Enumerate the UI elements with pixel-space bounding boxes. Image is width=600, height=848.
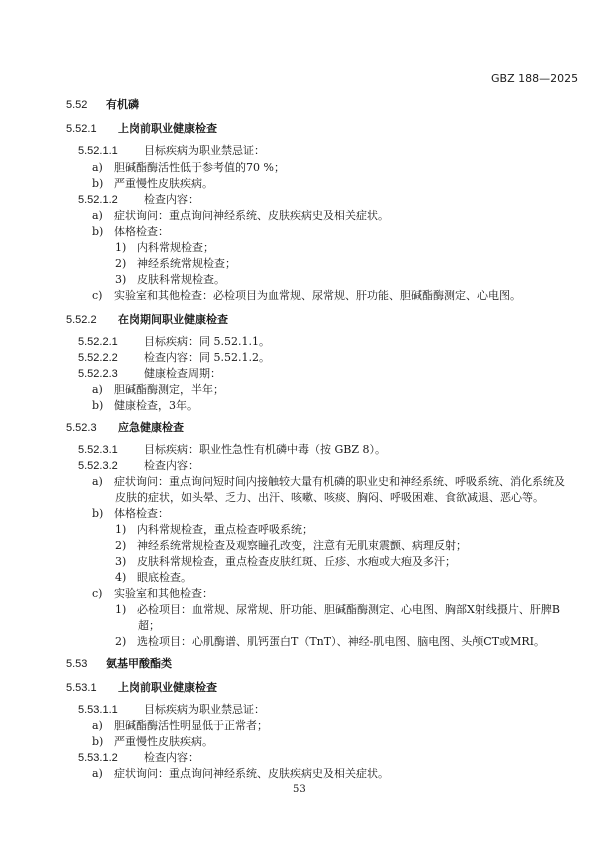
item-text: 皮肤科常规检查。: [137, 273, 225, 286]
section-number: 5.52: [66, 98, 106, 112]
item-text: 必检项目：血常规、尿常规、肝功能、胆碱酯酶测定、心电图、胸部X射线摄片、肝脾B: [137, 603, 560, 616]
item-text: 胆碱酯酶活性明显低于正常者；: [114, 719, 268, 732]
section-title: 在岗期间职业健康检查: [118, 313, 228, 326]
clause-number: 5.52.2.2: [78, 351, 144, 365]
numbered-item: 2)神经系统常规检查及观察瞳孔改变，注意有无肌束震颤、病理反射；: [115, 539, 467, 553]
item-text: 实验室和其他检查：: [114, 587, 213, 600]
numbered-item: 1)内科常规检查；: [115, 241, 214, 255]
item-label: a): [92, 475, 114, 489]
clause-number: 5.52.3.1: [78, 443, 144, 457]
item-text: 皮肤科常规检查，重点检查皮肤红斑、丘疹、水疱或大疱及多汗；: [137, 555, 456, 568]
list-item: b)健康检查，3年。: [92, 399, 198, 413]
list-item: a)胆碱酯酶测定，半年；: [92, 383, 224, 397]
item-label: 1): [115, 241, 137, 255]
clause-text: 检查内容：: [144, 751, 199, 764]
subsection-heading: 5.52.2在岗期间职业健康检查: [66, 313, 228, 327]
list-item: a)症状询问：重点询问神经系统、皮肤疾病史及相关症状。: [92, 767, 389, 781]
section-number: 5.52.3: [66, 421, 118, 435]
item-label: b): [92, 177, 114, 191]
item-label: a): [92, 383, 114, 397]
item-text: 症状询问：重点询问神经系统、皮肤疾病史及相关症状。: [114, 209, 389, 222]
numbered-item: 1)必检项目：血常规、尿常规、肝功能、胆碱酯酶测定、心电图、胸部X射线摄片、肝脾…: [115, 603, 560, 617]
clause-text: 目标疾病：职业性急性有机磷中毒（按 GBZ 8）。: [144, 443, 386, 456]
section-title: 上岗前职业健康检查: [118, 122, 217, 135]
item-text: 严重慢性皮肤疾病。: [114, 735, 213, 748]
item-label: 1): [115, 523, 137, 537]
item-text: 神经系统常规检查；: [137, 257, 236, 270]
clause-number: 5.52.2.3: [78, 367, 144, 381]
clause-number: 5.53.1.2: [78, 751, 144, 765]
clause: 5.52.1.1目标疾病为职业禁忌证：: [78, 144, 265, 158]
item-text: 体格检查：: [114, 507, 169, 520]
clause: 5.52.3.2检查内容：: [78, 459, 199, 473]
list-item: b)严重慢性皮肤疾病。: [92, 177, 213, 191]
doc-code-header: GBZ 188—2025: [491, 72, 578, 86]
item-text: 胆碱酯酶测定，半年；: [114, 383, 224, 396]
list-item: a)症状询问：重点询问短时间内接触较大量有机磷的职业史和神经系统、呼吸系统、消化…: [92, 475, 565, 489]
numbered-item: 超；: [138, 619, 160, 633]
subsection-heading: 5.52.1上岗前职业健康检查: [66, 122, 217, 136]
item-label: a): [92, 209, 114, 223]
item-text: 内科常规检查；: [137, 241, 214, 254]
clause-text: 健康检查周期：: [144, 367, 221, 380]
clause-text: 检查内容：: [144, 459, 199, 472]
item-text: 超；: [138, 619, 160, 632]
numbered-item: 2)神经系统常规检查；: [115, 257, 236, 271]
clause-text: 目标疾病为职业禁忌证：: [144, 144, 265, 157]
clause: 5.53.1.2检查内容：: [78, 751, 199, 765]
item-text: 胆碱酯酶活性低于参考值的70 %；: [114, 161, 285, 174]
section-number: 5.53.1: [66, 681, 118, 695]
list-item: a)胆碱酯酶活性低于参考值的70 %；: [92, 161, 285, 175]
clause-number: 5.52.1.1: [78, 144, 144, 158]
list-item: c)实验室和其他检查：: [92, 587, 213, 601]
numbered-item: 3)皮肤科常规检查。: [115, 273, 225, 287]
item-label: b): [92, 507, 114, 521]
clause-number: 5.53.1.1: [78, 703, 144, 717]
item-text: 内科常规检查，重点检查呼吸系统；: [137, 523, 313, 536]
list-item: 皮肤的症状，如头晕、乏力、出汗、咳嗽、咳痰、胸闷、呼吸困难、食欲减退、恶心等。: [115, 491, 544, 505]
section-number: 5.52.2: [66, 313, 118, 327]
item-label: 1): [115, 603, 137, 617]
item-text: 神经系统常规检查及观察瞳孔改变，注意有无肌束震颤、病理反射；: [137, 539, 467, 552]
section-number: 5.52.1: [66, 122, 118, 136]
list-item: a)胆碱酯酶活性明显低于正常者；: [92, 719, 268, 733]
item-label: a): [92, 719, 114, 733]
clause-number: 5.52.1.2: [78, 193, 144, 207]
section-heading: 5.53氨基甲酸酯类: [66, 657, 172, 671]
clause-text: 检查内容：: [144, 193, 199, 206]
clause: 5.52.2.3健康检查周期：: [78, 367, 221, 381]
numbered-item: 1)内科常规检查，重点检查呼吸系统；: [115, 523, 313, 537]
numbered-item: 4)眼底检查。: [115, 571, 192, 585]
clause-number: 5.52.3.2: [78, 459, 144, 473]
clause: 5.52.3.1目标疾病：职业性急性有机磷中毒（按 GBZ 8）。: [78, 443, 386, 457]
section-title: 上岗前职业健康检查: [118, 681, 217, 694]
item-label: c): [92, 587, 114, 601]
item-label: 3): [115, 555, 137, 569]
clause-text: 检查内容：同 5.52.1.2。: [144, 351, 270, 364]
item-text: 健康检查，3年。: [114, 399, 198, 412]
page-number: 53: [293, 783, 306, 797]
list-item: a)症状询问：重点询问神经系统、皮肤疾病史及相关症状。: [92, 209, 389, 223]
section-heading: 5.52有机磷: [66, 98, 139, 112]
section-number: 5.53: [66, 657, 106, 671]
item-label: 2): [115, 539, 137, 553]
item-text: 症状询问：重点询问短时间内接触较大量有机磷的职业史和神经系统、呼吸系统、消化系统…: [114, 475, 565, 488]
numbered-item: 2)选检项目：心肌酶谱、肌钙蛋白T（TnT）、神经-肌电图、脑电图、头颅CT或M…: [115, 635, 545, 649]
clause: 5.52.2.2检查内容：同 5.52.1.2。: [78, 351, 270, 365]
item-label: a): [92, 767, 114, 781]
numbered-item: 3)皮肤科常规检查，重点检查皮肤红斑、丘疹、水疱或大疱及多汗；: [115, 555, 456, 569]
item-label: 4): [115, 571, 137, 585]
item-label: b): [92, 399, 114, 413]
clause-number: 5.52.2.1: [78, 335, 144, 349]
item-text: 严重慢性皮肤疾病。: [114, 177, 213, 190]
item-label: a): [92, 161, 114, 175]
item-text: 眼底检查。: [137, 571, 192, 584]
list-item: b)体格检查：: [92, 507, 169, 521]
list-item: b)严重慢性皮肤疾病。: [92, 735, 213, 749]
item-text: 症状询问：重点询问神经系统、皮肤疾病史及相关症状。: [114, 767, 389, 780]
item-label: b): [92, 735, 114, 749]
subsection-heading: 5.52.3应急健康检查: [66, 421, 184, 435]
section-title: 有机磷: [106, 98, 139, 111]
section-title: 氨基甲酸酯类: [106, 657, 172, 670]
item-label: b): [92, 225, 114, 239]
list-item: b)体格检查：: [92, 225, 169, 239]
item-text: 实验室和其他检查：必检项目为血常规、尿常规、肝功能、胆碱酯酶测定、心电图。: [114, 289, 521, 302]
item-text: 体格检查：: [114, 225, 169, 238]
clause: 5.52.2.1目标疾病：同 5.52.1.1。: [78, 335, 270, 349]
section-title: 应急健康检查: [118, 421, 184, 434]
item-text: 皮肤的症状，如头晕、乏力、出汗、咳嗽、咳痰、胸闷、呼吸困难、食欲减退、恶心等。: [115, 491, 544, 504]
list-item: c)实验室和其他检查：必检项目为血常规、尿常规、肝功能、胆碱酯酶测定、心电图。: [92, 289, 521, 303]
item-label: 3): [115, 273, 137, 287]
clause-text: 目标疾病为职业禁忌证：: [144, 703, 265, 716]
clause: 5.53.1.1目标疾病为职业禁忌证：: [78, 703, 265, 717]
item-label: c): [92, 289, 114, 303]
clause: 5.52.1.2检查内容：: [78, 193, 199, 207]
clause-text: 目标疾病：同 5.52.1.1。: [144, 335, 270, 348]
item-text: 选检项目：心肌酶谱、肌钙蛋白T（TnT）、神经-肌电图、脑电图、头颅CT或MRI…: [137, 635, 545, 648]
subsection-heading: 5.53.1上岗前职业健康检查: [66, 681, 217, 695]
item-label: 2): [115, 635, 137, 649]
item-label: 2): [115, 257, 137, 271]
